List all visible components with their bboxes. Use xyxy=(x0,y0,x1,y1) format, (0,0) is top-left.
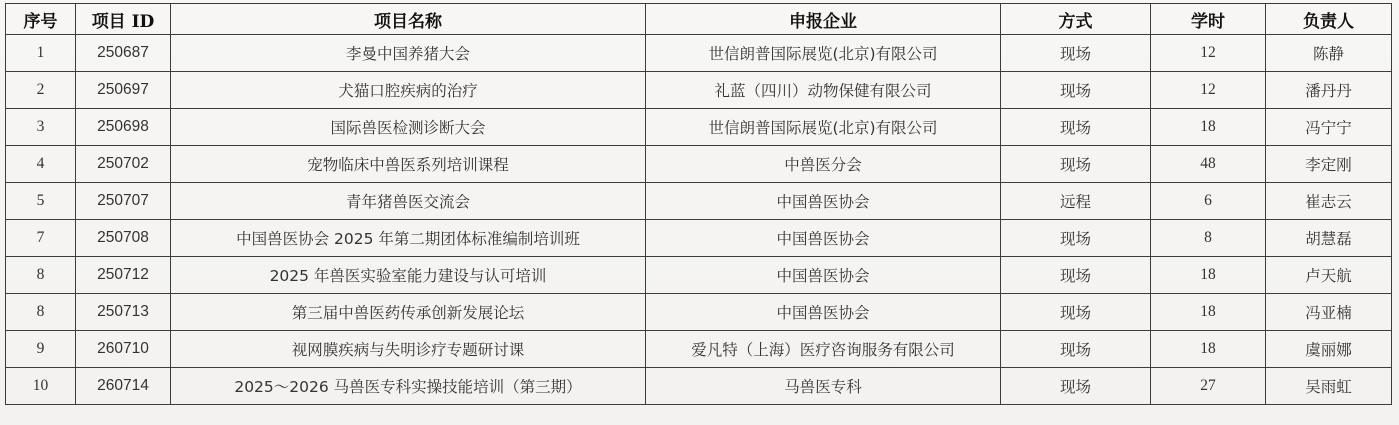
cell-project-name: 2025 年兽医实验室能力建设与认可培训 xyxy=(171,257,646,294)
cell-owner: 陈静 xyxy=(1266,35,1392,72)
cell-project-name: 李曼中国养猪大会 xyxy=(171,35,646,72)
cell-owner: 冯宁宁 xyxy=(1266,109,1392,146)
cell-mode: 现场 xyxy=(1001,72,1151,109)
cell-organizer: 中国兽医协会 xyxy=(646,294,1001,331)
header-organizer: 申报企业 xyxy=(646,4,1001,35)
document-page: 序号 项目 ID 项目名称 申报企业 方式 学时 负责人 1 250687 李曼… xyxy=(0,0,1399,425)
cell-mode: 现场 xyxy=(1001,220,1151,257)
cell-owner: 吴雨虹 xyxy=(1266,368,1392,405)
cell-seq: 9 xyxy=(6,331,76,368)
cell-mode: 现场 xyxy=(1001,331,1151,368)
cell-hours: 27 xyxy=(1151,368,1266,405)
cell-hours: 18 xyxy=(1151,109,1266,146)
cell-mode: 现场 xyxy=(1001,368,1151,405)
cell-project-id: 250708 xyxy=(76,220,171,257)
table-row: 8 250712 2025 年兽医实验室能力建设与认可培训 中国兽医协会 现场 … xyxy=(6,257,1392,294)
cell-organizer: 爱凡特（上海）医疗咨询服务有限公司 xyxy=(646,331,1001,368)
header-project-name: 项目名称 xyxy=(171,4,646,35)
cell-owner: 李定刚 xyxy=(1266,146,1392,183)
cell-organizer: 中兽医分会 xyxy=(646,146,1001,183)
table-row: 2 250697 犬猫口腔疾病的治疗 礼蓝（四川）动物保健有限公司 现场 12 … xyxy=(6,72,1392,109)
cell-project-id: 250713 xyxy=(76,294,171,331)
cell-project-name: 宠物临床中兽医系列培训课程 xyxy=(171,146,646,183)
cell-seq: 10 xyxy=(6,368,76,405)
cell-seq: 3 xyxy=(6,109,76,146)
table-header-row: 序号 项目 ID 项目名称 申报企业 方式 学时 负责人 xyxy=(6,4,1392,35)
cell-mode: 现场 xyxy=(1001,294,1151,331)
table-row: 9 260710 视网膜疾病与失明诊疗专题研讨课 爱凡特（上海）医疗咨询服务有限… xyxy=(6,331,1392,368)
cell-hours: 18 xyxy=(1151,331,1266,368)
cell-mode: 现场 xyxy=(1001,109,1151,146)
cell-seq: 4 xyxy=(6,146,76,183)
cell-seq: 8 xyxy=(6,294,76,331)
cell-hours: 18 xyxy=(1151,257,1266,294)
cell-organizer: 中国兽医协会 xyxy=(646,220,1001,257)
table-row: 7 250708 中国兽医协会 2025 年第二期团体标准编制培训班 中国兽医协… xyxy=(6,220,1392,257)
cell-project-name: 中国兽医协会 2025 年第二期团体标准编制培训班 xyxy=(171,220,646,257)
table-row: 5 250707 青年猪兽医交流会 中国兽医协会 远程 6 崔志云 xyxy=(6,183,1392,220)
cell-organizer: 马兽医专科 xyxy=(646,368,1001,405)
cell-owner: 冯亚楠 xyxy=(1266,294,1392,331)
project-table: 序号 项目 ID 项目名称 申报企业 方式 学时 负责人 1 250687 李曼… xyxy=(5,3,1392,405)
cell-owner: 虞丽娜 xyxy=(1266,331,1392,368)
cell-seq: 8 xyxy=(6,257,76,294)
header-owner: 负责人 xyxy=(1266,4,1392,35)
header-seq: 序号 xyxy=(6,4,76,35)
cell-organizer: 世信朗普国际展览(北京)有限公司 xyxy=(646,35,1001,72)
cell-project-name: 国际兽医检测诊断大会 xyxy=(171,109,646,146)
header-hours: 学时 xyxy=(1151,4,1266,35)
cell-owner: 崔志云 xyxy=(1266,183,1392,220)
cell-project-id: 250712 xyxy=(76,257,171,294)
cell-project-id: 260714 xyxy=(76,368,171,405)
cell-seq: 2 xyxy=(6,72,76,109)
cell-hours: 8 xyxy=(1151,220,1266,257)
cell-mode: 现场 xyxy=(1001,146,1151,183)
table-row: 4 250702 宠物临床中兽医系列培训课程 中兽医分会 现场 48 李定刚 xyxy=(6,146,1392,183)
cell-project-name: 2025～2026 马兽医专科实操技能培训（第三期） xyxy=(171,368,646,405)
cell-project-id: 250702 xyxy=(76,146,171,183)
cell-owner: 卢天航 xyxy=(1266,257,1392,294)
cell-organizer: 礼蓝（四川）动物保健有限公司 xyxy=(646,72,1001,109)
cell-mode: 现场 xyxy=(1001,35,1151,72)
cell-organizer: 世信朗普国际展览(北京)有限公司 xyxy=(646,109,1001,146)
cell-hours: 6 xyxy=(1151,183,1266,220)
table-row: 3 250698 国际兽医检测诊断大会 世信朗普国际展览(北京)有限公司 现场 … xyxy=(6,109,1392,146)
cell-project-id: 250707 xyxy=(76,183,171,220)
cell-project-name: 视网膜疾病与失明诊疗专题研讨课 xyxy=(171,331,646,368)
cell-project-id: 250697 xyxy=(76,72,171,109)
table-row: 10 260714 2025～2026 马兽医专科实操技能培训（第三期） 马兽医… xyxy=(6,368,1392,405)
cell-organizer: 中国兽医协会 xyxy=(646,183,1001,220)
cell-project-id: 250687 xyxy=(76,35,171,72)
cell-hours: 12 xyxy=(1151,72,1266,109)
header-project-id: 项目 ID xyxy=(76,4,171,35)
cell-organizer: 中国兽医协会 xyxy=(646,257,1001,294)
cell-hours: 48 xyxy=(1151,146,1266,183)
cell-hours: 18 xyxy=(1151,294,1266,331)
cell-owner: 潘丹丹 xyxy=(1266,72,1392,109)
cell-project-id: 250698 xyxy=(76,109,171,146)
cell-mode: 远程 xyxy=(1001,183,1151,220)
cell-project-name: 犬猫口腔疾病的治疗 xyxy=(171,72,646,109)
cell-project-name: 第三届中兽医药传承创新发展论坛 xyxy=(171,294,646,331)
cell-hours: 12 xyxy=(1151,35,1266,72)
table-row: 1 250687 李曼中国养猪大会 世信朗普国际展览(北京)有限公司 现场 12… xyxy=(6,35,1392,72)
header-mode: 方式 xyxy=(1001,4,1151,35)
cell-project-id: 260710 xyxy=(76,331,171,368)
cell-seq: 5 xyxy=(6,183,76,220)
cell-seq: 1 xyxy=(6,35,76,72)
table-row: 8 250713 第三届中兽医药传承创新发展论坛 中国兽医协会 现场 18 冯亚… xyxy=(6,294,1392,331)
cell-mode: 现场 xyxy=(1001,257,1151,294)
cell-seq: 7 xyxy=(6,220,76,257)
cell-project-name: 青年猪兽医交流会 xyxy=(171,183,646,220)
cell-owner: 胡慧磊 xyxy=(1266,220,1392,257)
